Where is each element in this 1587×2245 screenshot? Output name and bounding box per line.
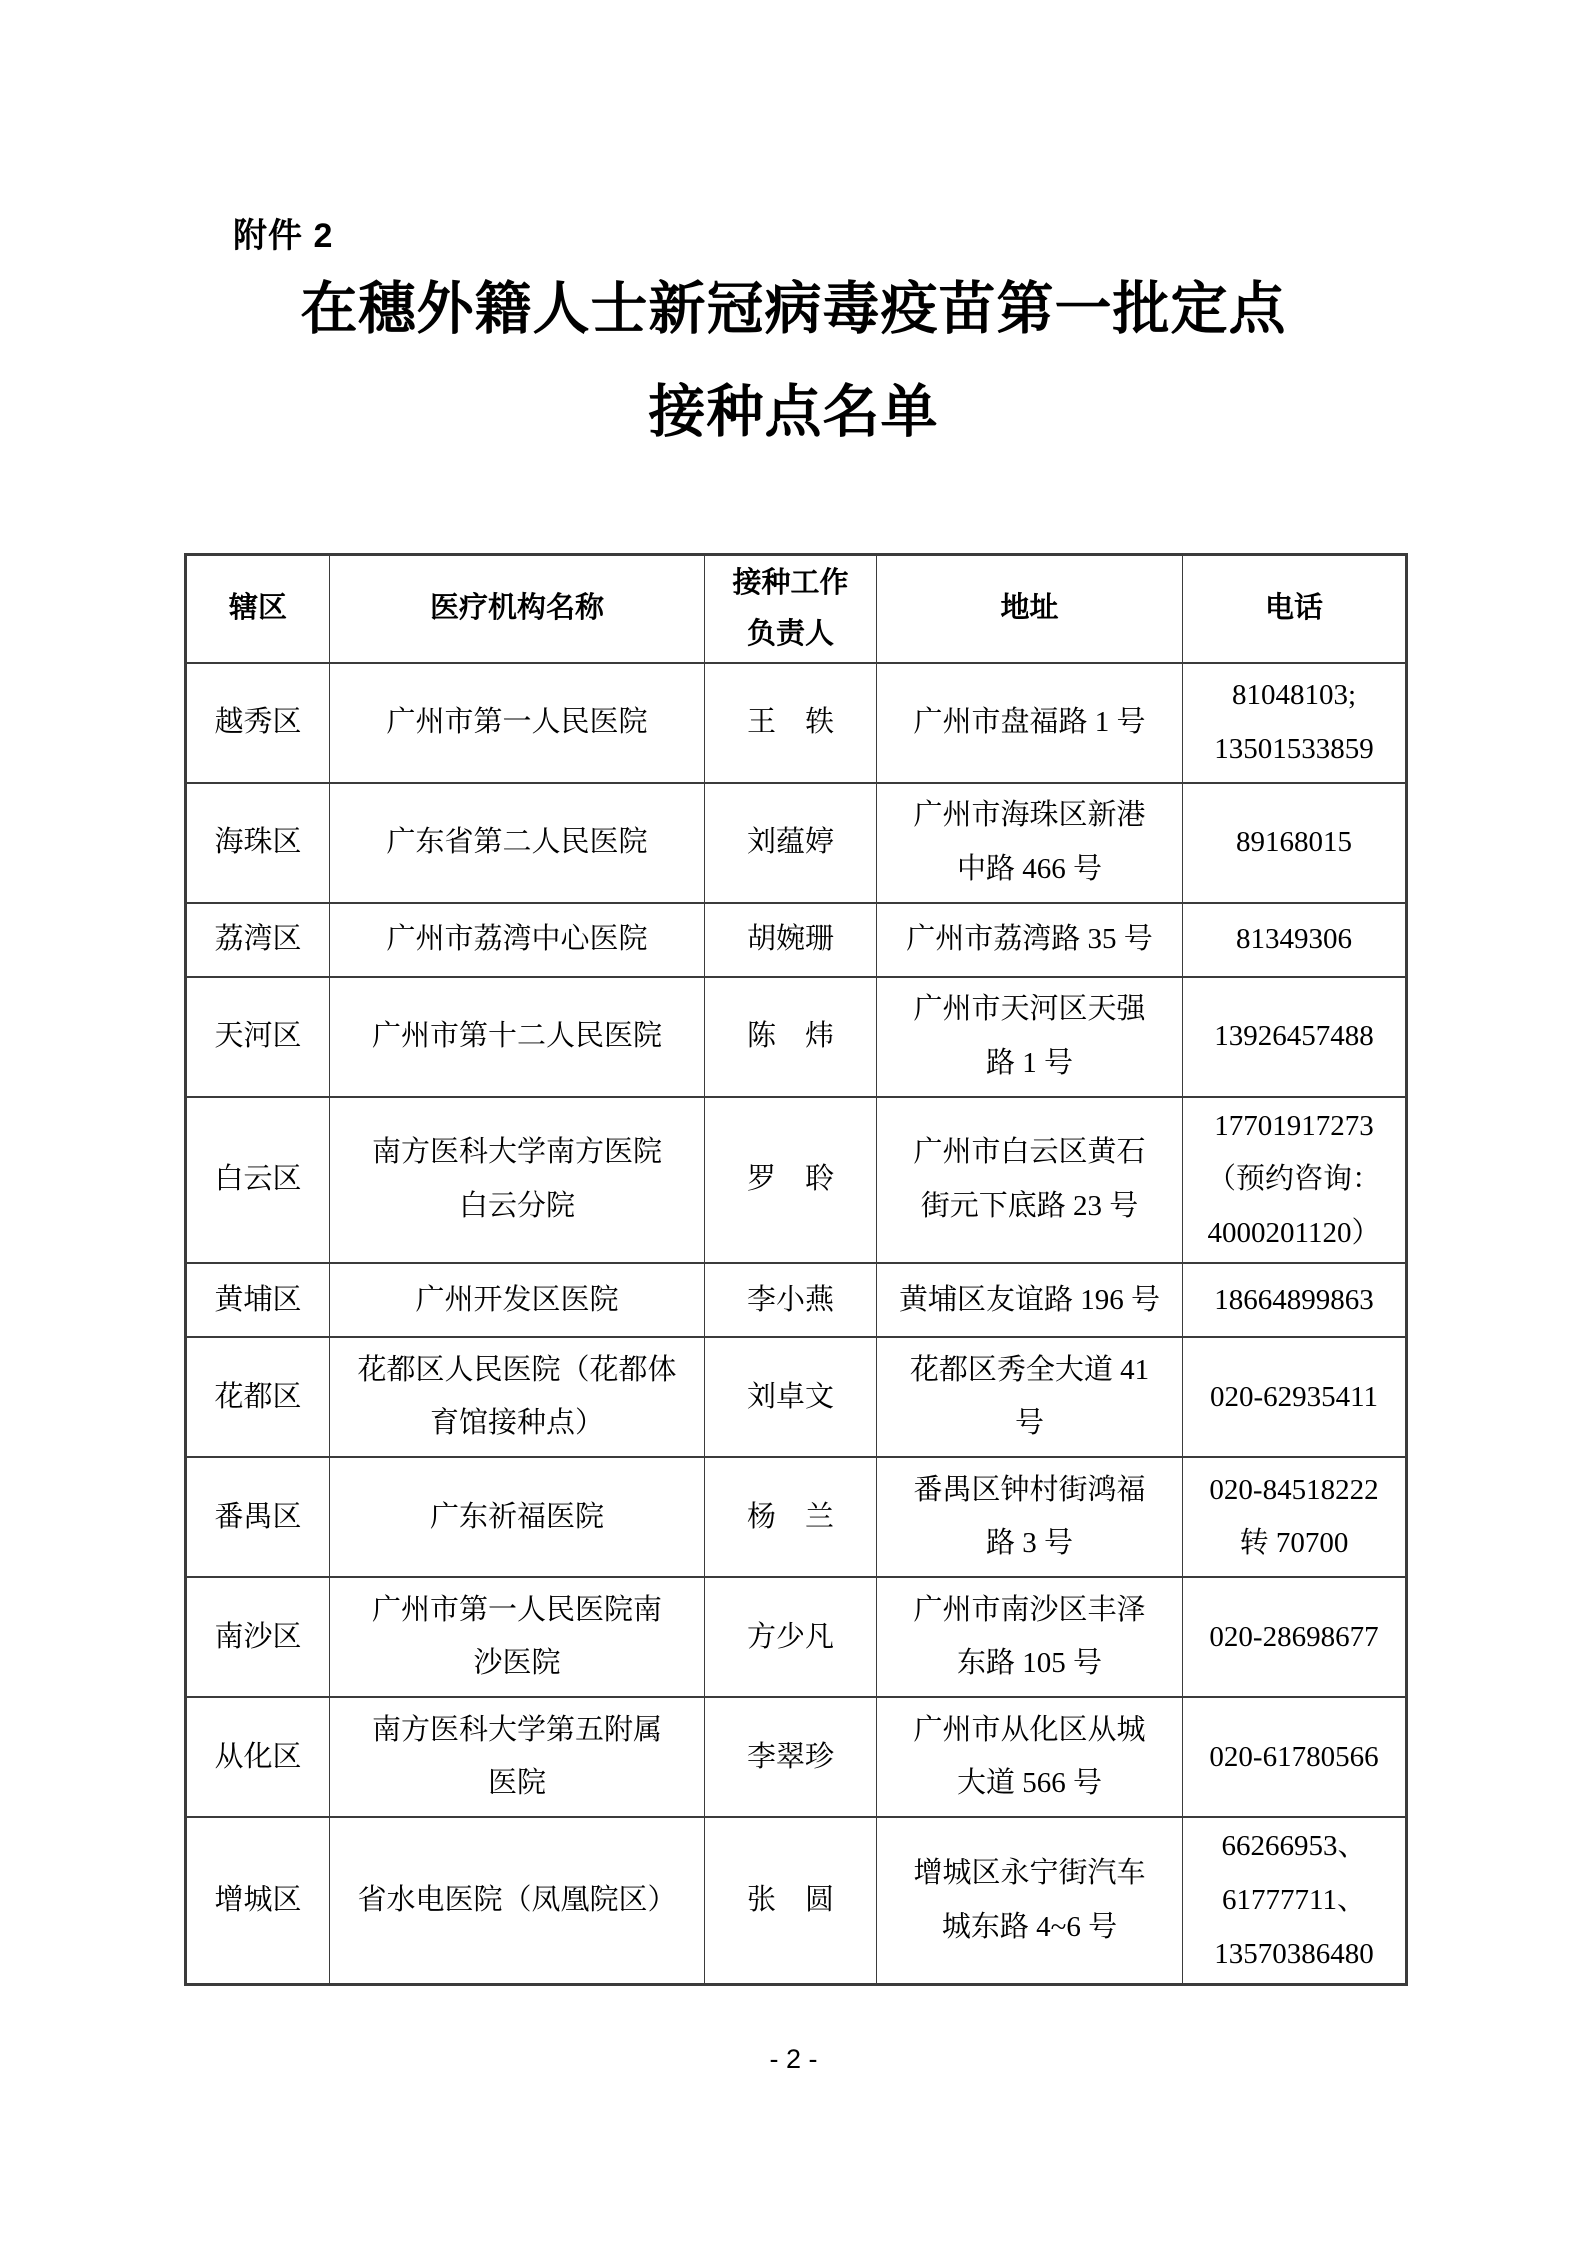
cell-person: 方少凡 [705, 1577, 877, 1697]
cell-district: 越秀区 [186, 663, 330, 783]
cell-district: 荔湾区 [186, 903, 330, 977]
cell-district: 花都区 [186, 1337, 330, 1457]
table-row: 番禺区 广东祈福医院 杨 兰 番禺区钟村街鸿福 路 3 号 020-845182… [186, 1457, 1407, 1577]
table-row: 花都区 花都区人民医院（花都体 育馆接种点） 刘卓文 花都区秀全大道 41 号 … [186, 1337, 1407, 1457]
cell-phone: 89168015 [1183, 783, 1407, 903]
cell-institution: 广州市第一人民医院南 沙医院 [330, 1577, 705, 1697]
cell-district: 南沙区 [186, 1577, 330, 1697]
cell-phone: 81048103; 13501533859 [1183, 663, 1407, 783]
cell-district: 从化区 [186, 1697, 330, 1817]
cell-person: 杨 兰 [705, 1457, 877, 1577]
cell-district: 白云区 [186, 1097, 330, 1264]
cell-address: 广州市荔湾路 35 号 [877, 903, 1183, 977]
table-row: 南沙区 广州市第一人民医院南 沙医院 方少凡 广州市南沙区丰泽 东路 105 号… [186, 1577, 1407, 1697]
cell-person: 陈 炜 [705, 977, 877, 1097]
cell-person: 张 圆 [705, 1817, 877, 1984]
table-row: 黄埔区 广州开发区医院 李小燕 黄埔区友谊路 196 号 18664899863 [186, 1263, 1407, 1337]
cell-institution: 广东省第二人民医院 [330, 783, 705, 903]
cell-institution: 省水电医院（凤凰院区） [330, 1817, 705, 1984]
cell-phone: 020-61780566 [1183, 1697, 1407, 1817]
cell-phone: 18664899863 [1183, 1263, 1407, 1337]
cell-address: 番禺区钟村街鸿福 路 3 号 [877, 1457, 1183, 1577]
cell-institution: 广州市荔湾中心医院 [330, 903, 705, 977]
cell-address: 广州市盘福路 1 号 [877, 663, 1183, 783]
page-title: 在穗外籍人士新冠病毒疫苗第一批定点 接种点名单 [0, 258, 1587, 464]
cell-institution: 广东祈福医院 [330, 1457, 705, 1577]
cell-phone: 020-84518222 转 70700 [1183, 1457, 1407, 1577]
cell-institution: 广州市第一人民医院 [330, 663, 705, 783]
cell-person: 罗 聆 [705, 1097, 877, 1264]
table-header-row: 辖区 医疗机构名称 接种工作 负责人 地址 电话 [186, 555, 1407, 663]
column-header-district: 辖区 [186, 555, 330, 663]
table-row: 白云区 南方医科大学南方医院 白云分院 罗 聆 广州市白云区黄石 街元下底路 2… [186, 1097, 1407, 1264]
page-number: - 2 - [0, 2044, 1587, 2075]
cell-address: 黄埔区友谊路 196 号 [877, 1263, 1183, 1337]
cell-phone: 81349306 [1183, 903, 1407, 977]
cell-address: 增城区永宁街汽车 城东路 4~6 号 [877, 1817, 1183, 1984]
column-header-person: 接种工作 负责人 [705, 555, 877, 663]
cell-person: 李小燕 [705, 1263, 877, 1337]
cell-phone: 020-62935411 [1183, 1337, 1407, 1457]
cell-person: 刘卓文 [705, 1337, 877, 1457]
attachment-label: 附件 2 [233, 208, 333, 257]
cell-person: 胡婉珊 [705, 903, 877, 977]
column-header-address: 地址 [877, 555, 1183, 663]
cell-institution: 花都区人民医院（花都体 育馆接种点） [330, 1337, 705, 1457]
cell-district: 天河区 [186, 977, 330, 1097]
cell-person: 刘蕴婷 [705, 783, 877, 903]
cell-phone: 17701917273 （预约咨询： 4000201120） [1183, 1097, 1407, 1264]
cell-address: 广州市白云区黄石 街元下底路 23 号 [877, 1097, 1183, 1264]
table-row: 海珠区 广东省第二人民医院 刘蕴婷 广州市海珠区新港 中路 466 号 8916… [186, 783, 1407, 903]
column-header-phone: 电话 [1183, 555, 1407, 663]
cell-person: 王 轶 [705, 663, 877, 783]
cell-address: 广州市海珠区新港 中路 466 号 [877, 783, 1183, 903]
table-row: 天河区 广州市第十二人民医院 陈 炜 广州市天河区天强 路 1 号 139264… [186, 977, 1407, 1097]
cell-phone: 020-28698677 [1183, 1577, 1407, 1697]
table-row: 越秀区 广州市第一人民医院 王 轶 广州市盘福路 1 号 81048103; 1… [186, 663, 1407, 783]
table-row: 荔湾区 广州市荔湾中心医院 胡婉珊 广州市荔湾路 35 号 81349306 [186, 903, 1407, 977]
cell-district: 番禺区 [186, 1457, 330, 1577]
vaccination-sites-table: 辖区 医疗机构名称 接种工作 负责人 地址 电话 越秀区 广州市第一人民医院 王… [184, 553, 1408, 1986]
cell-institution: 广州开发区医院 [330, 1263, 705, 1337]
cell-institution: 南方医科大学南方医院 白云分院 [330, 1097, 705, 1264]
cell-district: 海珠区 [186, 783, 330, 903]
cell-phone: 66266953、 61777711、 13570386480 [1183, 1817, 1407, 1984]
cell-phone: 13926457488 [1183, 977, 1407, 1097]
cell-address: 广州市南沙区丰泽 东路 105 号 [877, 1577, 1183, 1697]
document-page: 附件 2 在穗外籍人士新冠病毒疫苗第一批定点 接种点名单 辖区 医疗机构名称 接… [0, 0, 1587, 2245]
cell-address: 广州市天河区天强 路 1 号 [877, 977, 1183, 1097]
cell-institution: 广州市第十二人民医院 [330, 977, 705, 1097]
cell-district: 黄埔区 [186, 1263, 330, 1337]
table-row: 从化区 南方医科大学第五附属 医院 李翠珍 广州市从化区从城 大道 566 号 … [186, 1697, 1407, 1817]
cell-person: 李翠珍 [705, 1697, 877, 1817]
cell-address: 广州市从化区从城 大道 566 号 [877, 1697, 1183, 1817]
cell-district: 增城区 [186, 1817, 330, 1984]
cell-institution: 南方医科大学第五附属 医院 [330, 1697, 705, 1817]
cell-address: 花都区秀全大道 41 号 [877, 1337, 1183, 1457]
table-row: 增城区 省水电医院（凤凰院区） 张 圆 增城区永宁街汽车 城东路 4~6 号 6… [186, 1817, 1407, 1984]
column-header-institution: 医疗机构名称 [330, 555, 705, 663]
